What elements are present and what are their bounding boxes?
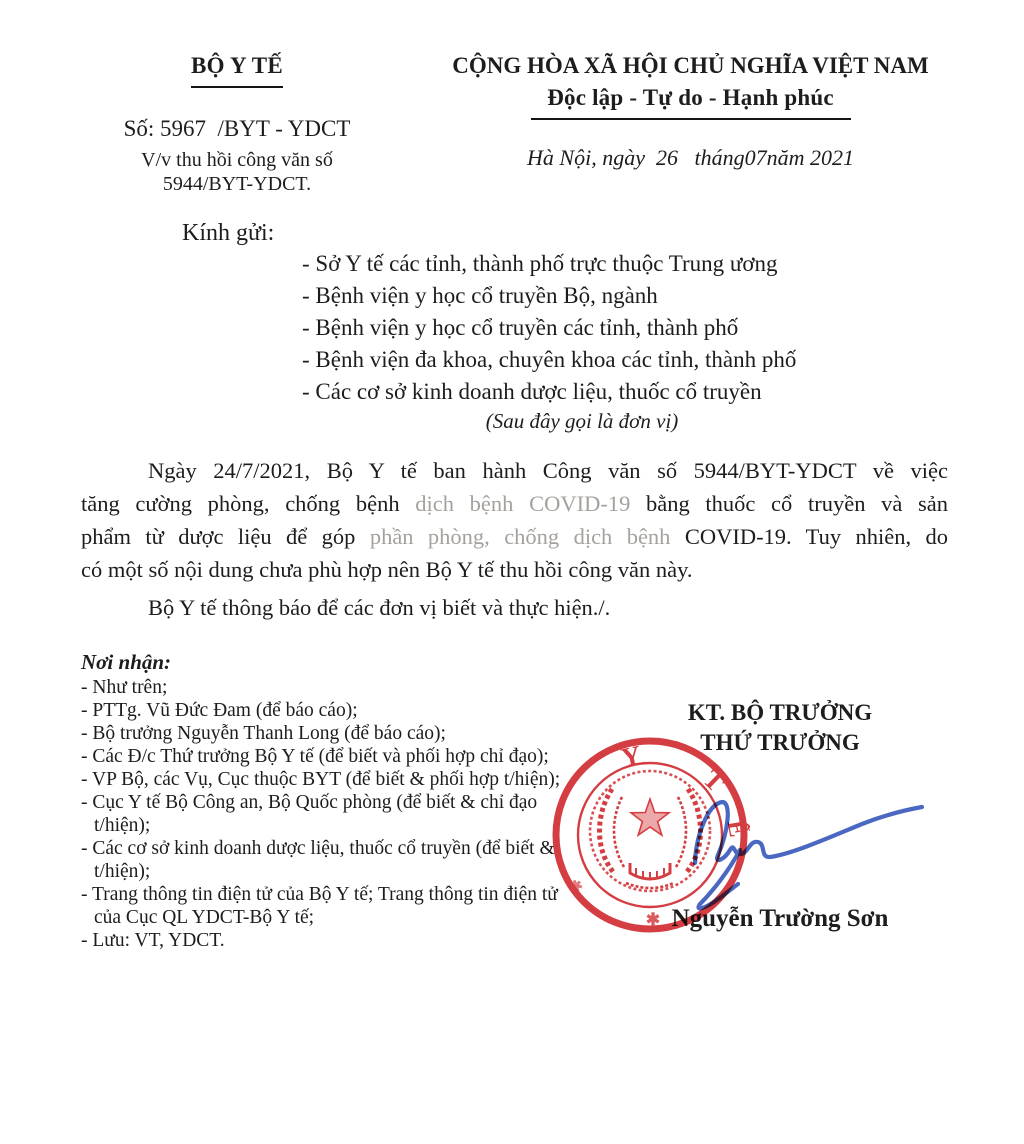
recipient-line: - Sở Y tế các tỉnh, thành phố trực thuộc… [302, 248, 948, 280]
official-letter-page: BỘ Y TẾ Số: 5967 /BYT - YDCT V/v thu hồi… [0, 0, 1024, 1144]
handwritten-signature [600, 760, 940, 920]
subject-line-1: V/v thu hồi công văn số [81, 148, 393, 172]
faded-text-segment: phần phòng, chống dịch bệnh [370, 524, 671, 549]
cc-label: Nơi nhận: [81, 650, 948, 674]
body-paragraph-2: Bộ Y tế thông báo để các đơn vị biết và … [81, 591, 948, 624]
paragraph-line: phẩm từ dược liệu để góp phần phòng, chố… [81, 520, 948, 553]
cc-item: - Như trên; [81, 676, 586, 699]
motto-underline [531, 118, 851, 120]
sign-title-1: KT. BỘ TRƯỞNG [640, 698, 920, 728]
text-segment: COVID-19. Tuy nhiên, do [670, 524, 948, 549]
svg-text:✱: ✱ [568, 877, 586, 896]
issuer-name: BỘ Y TẾ [81, 52, 393, 80]
text-segment: Ngày 24/7/2021, Bộ Y tế ban hành Công vă… [148, 458, 948, 483]
recipient-line: - Bệnh viện đa khoa, chuyên khoa các tỉn… [302, 344, 948, 376]
text-segment: có một số nội dung chưa phù hợp nên Bộ Y… [81, 557, 693, 582]
recipients-note: (Sau đây gọi là đơn vị) [302, 408, 862, 434]
body-paragraph-1: Ngày 24/7/2021, Bộ Y tế ban hành Công vă… [81, 454, 948, 586]
national-column: CỘNG HÒA XÃ HỘI CHỦ NGHĨA VIỆT NAM Độc l… [433, 52, 948, 172]
issuer-underline [191, 86, 283, 88]
recipient-line: - Bệnh viện y học cổ truyền Bộ, ngành [302, 280, 948, 312]
cc-item: - Bộ trưởng Nguyễn Thanh Long (để báo cá… [81, 722, 586, 745]
issuer-column: BỘ Y TẾ Số: 5967 /BYT - YDCT V/v thu hồi… [81, 52, 393, 196]
cc-list: - Như trên;- PTTg. Vũ Đức Đam (để báo cá… [81, 676, 586, 952]
paragraph-line: tăng cường phòng, chống bệnh dịch bệnh C… [81, 487, 948, 520]
paragraph-line: có một số nội dung chưa phù hợp nên Bộ Y… [81, 553, 948, 586]
salutation: Kính gửi: [182, 218, 948, 248]
cc-item: - Trang thông tin điện tử của Bộ Y tế; T… [81, 883, 586, 929]
document-number: Số: 5967 /BYT - YDCT [81, 114, 393, 144]
cc-item: - VP Bộ, các Vụ, Cục thuộc BYT (để biết … [81, 768, 586, 791]
recipient-line: - Bệnh viện y học cổ truyền các tỉnh, th… [302, 312, 948, 344]
faded-text-segment: dịch bệnh COVID-19 [415, 491, 630, 516]
recipient-line: - Các cơ sở kinh doanh dược liệu, thuốc … [302, 376, 948, 408]
place-date-line: Hà Nội, ngày 26 tháng07năm 2021 [433, 144, 948, 172]
national-motto-line2: Độc lập - Tự do - Hạnh phúc [433, 84, 948, 112]
text-segment: phẩm từ dược liệu để góp [81, 524, 370, 549]
text-segment: tăng cường phòng, chống bệnh [81, 491, 415, 516]
text-segment: bằng thuốc cổ truyền và sản [630, 491, 948, 516]
paragraph-line: Ngày 24/7/2021, Bộ Y tế ban hành Công vă… [81, 454, 948, 487]
cc-item: - Lưu: VT, YDCT. [81, 929, 586, 952]
cc-item: - Các cơ sở kinh doanh dược liệu, thuốc … [81, 837, 586, 883]
national-motto-line1: CỘNG HÒA XÃ HỘI CHỦ NGHĨA VIỆT NAM [433, 52, 948, 80]
cc-item: - PTTg. Vũ Đức Đam (để báo cáo); [81, 699, 586, 722]
document-subject: V/v thu hồi công văn số 5944/BYT-YDCT. [81, 148, 393, 196]
cc-item: - Các Đ/c Thứ trưởng Bộ Y tế (để biết và… [81, 745, 586, 768]
recipient-list: - Sở Y tế các tỉnh, thành phố trực thuộc… [302, 248, 948, 408]
subject-line-2: 5944/BYT-YDCT. [81, 172, 393, 196]
cc-item: - Cục Y tế Bộ Công an, Bộ Quốc phòng (để… [81, 791, 586, 837]
letter-header: BỘ Y TẾ Số: 5967 /BYT - YDCT V/v thu hồi… [81, 52, 948, 196]
